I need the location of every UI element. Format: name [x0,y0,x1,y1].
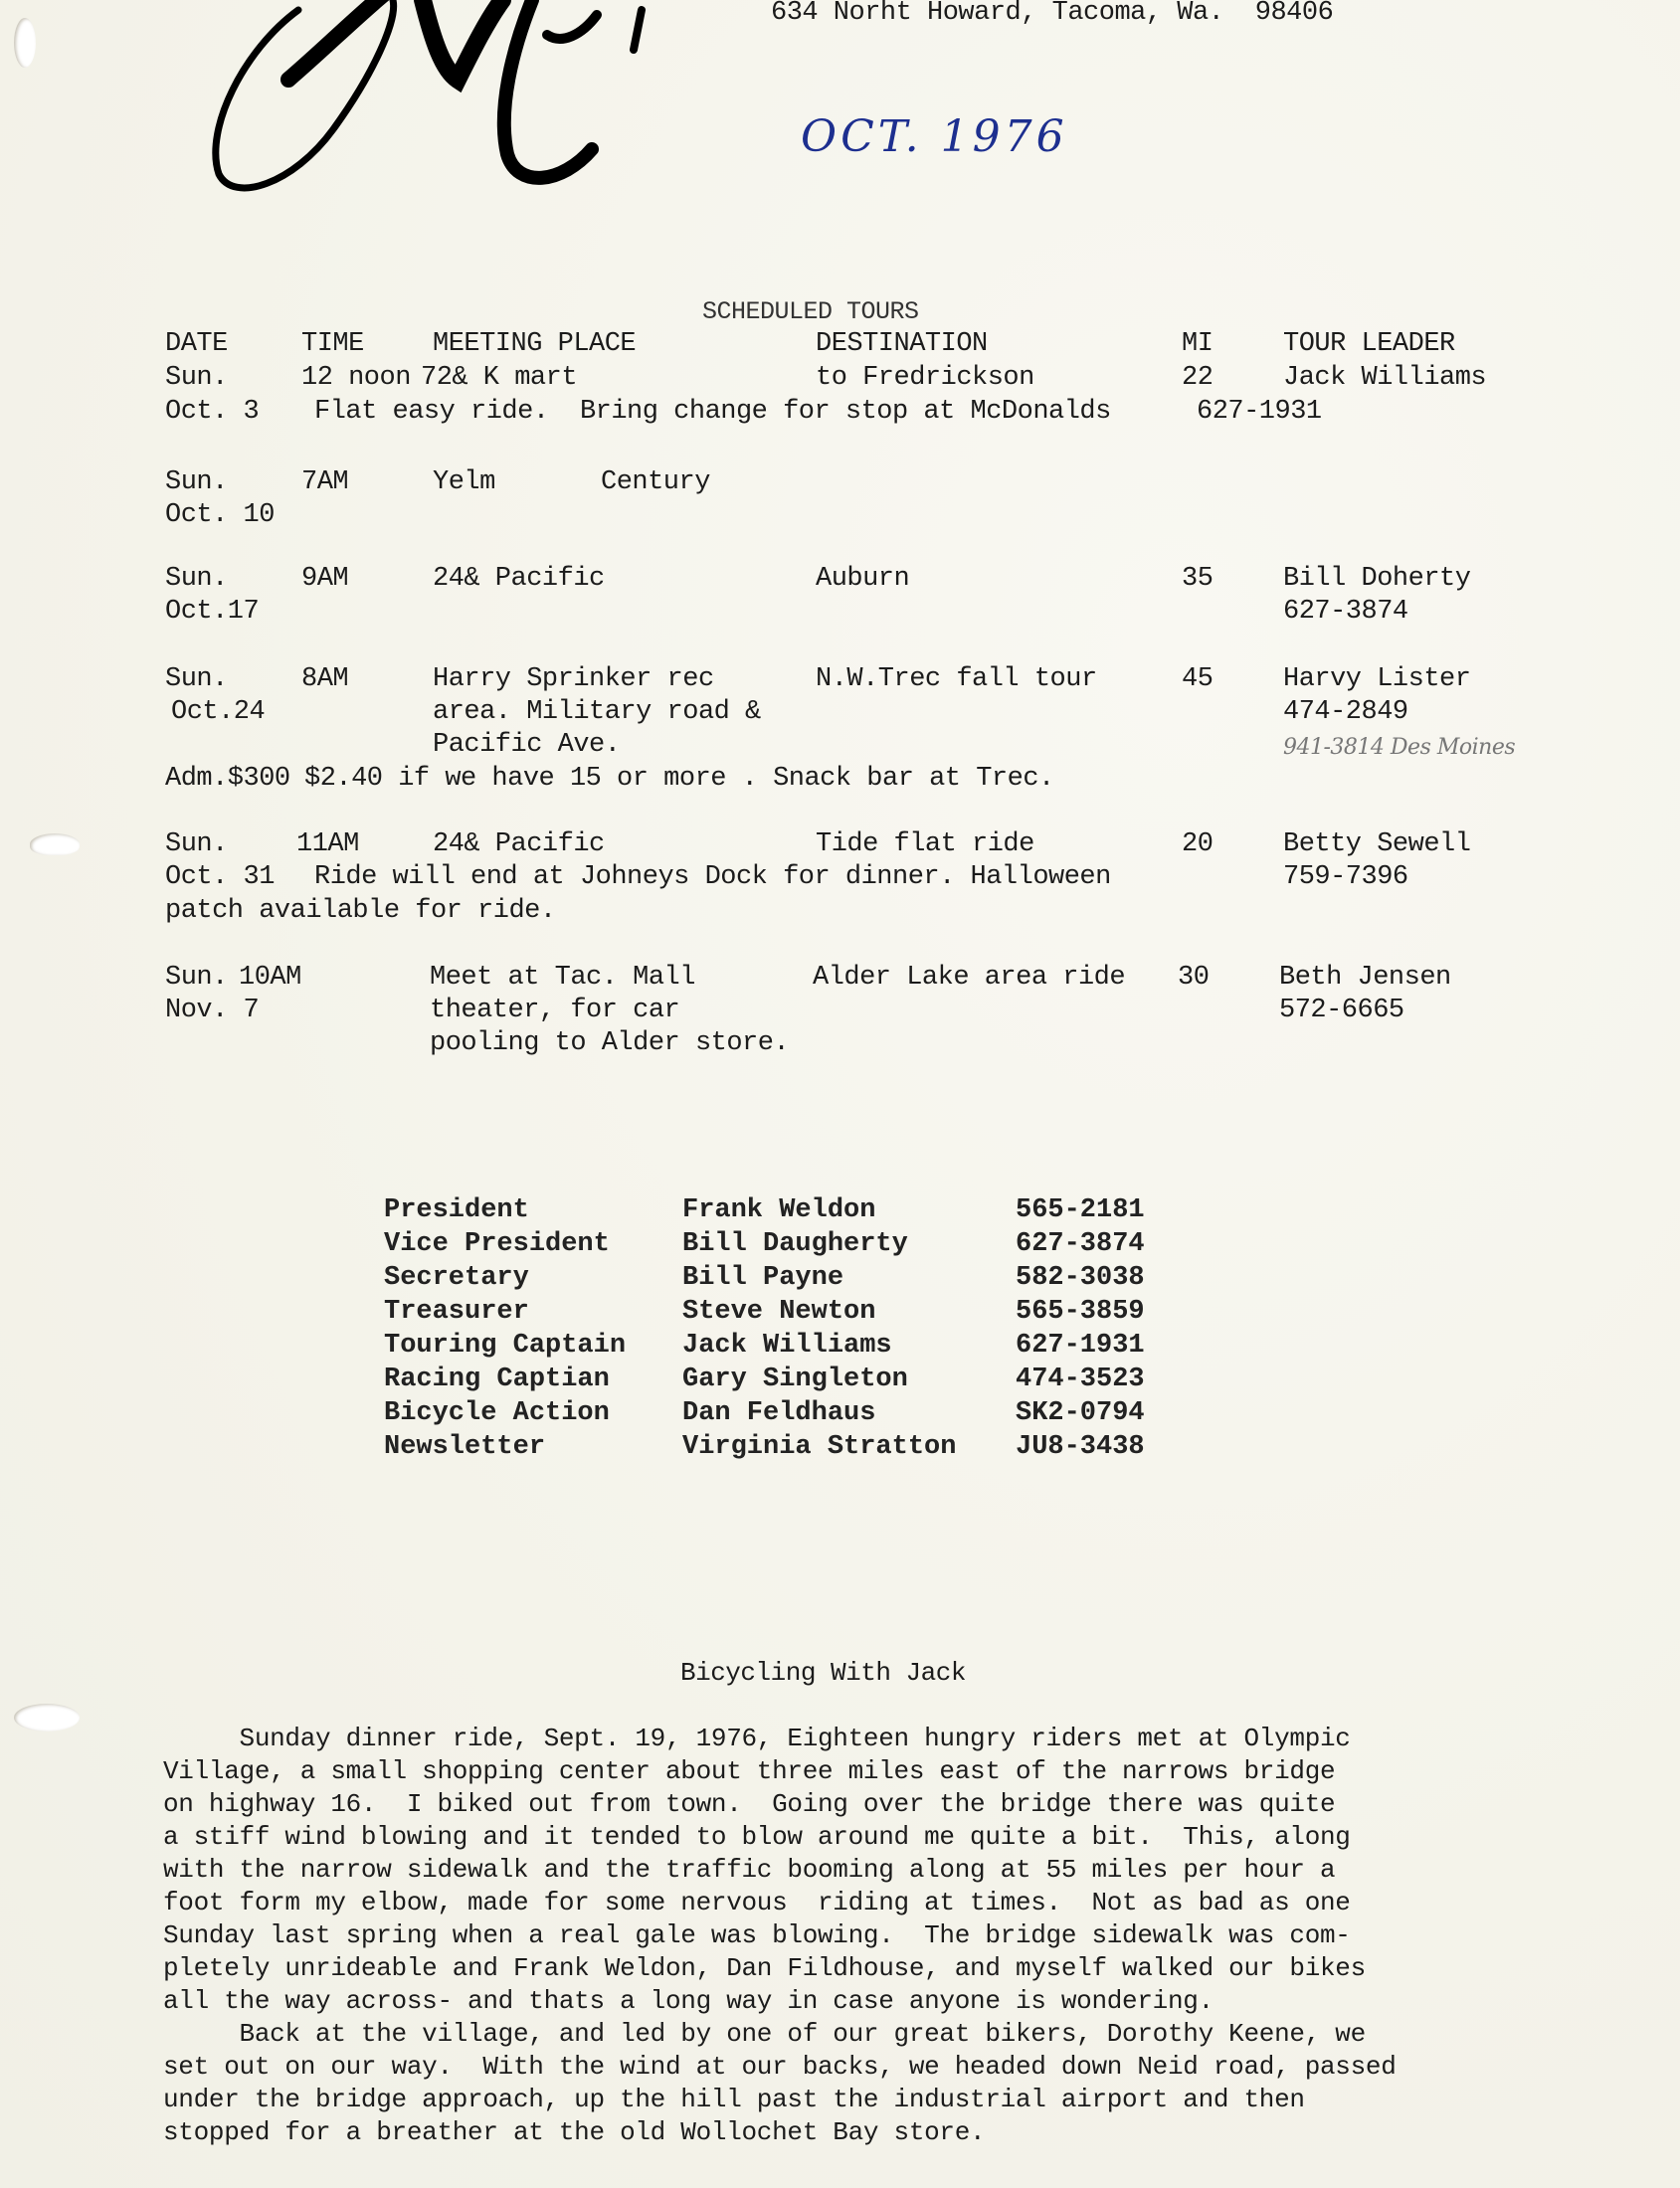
tour-day: Sun. [165,663,228,696]
tour-date: Oct.17 [165,596,259,629]
article-line: Sunday last spring when a real gale was … [163,1919,1351,1952]
article-line: Back at the village, and led by one of o… [163,2018,1366,2051]
officer-row: Secretary Bill Payne 582-3038 [0,1261,1680,1295]
article-line: stopped for a breather at the old Wolloc… [163,2116,985,2149]
officer-row: Newsletter Virginia Stratton JU8-3438 [0,1430,1680,1464]
tour-row: Sun. 12 noon 72& K mart to Fredrickson 2… [0,362,1680,395]
tour-row-detail: pooling to Alder store. [0,1027,1680,1060]
tour-destination: Tide flat ride [816,828,1034,861]
tour-note: $2.40 if we have 15 or more . Snack bar … [304,763,1054,796]
tour-miles: 30 [1178,962,1209,995]
punch-hole-top [14,18,36,68]
officer-phone: 565-2181 [1016,1193,1145,1227]
tour-meeting-place: 24& Pacific [433,828,605,861]
tour-meeting-place: Meet at Tac. Mall [430,962,695,995]
tour-time: 11AM [296,828,359,861]
article-line: with the narrow sidewalk and the traffic… [163,1854,1335,1887]
tour-leader: Harvy Lister [1283,663,1470,696]
officer-phone: 565-3859 [1016,1295,1145,1329]
tour-miles: 45 [1182,663,1213,696]
tour-row: Sun. 11AM 24& Pacific Tide flat ride 20 … [0,828,1680,861]
tour-meeting-place-line2: area. Military road & [433,696,761,729]
officer-title: Vice President [384,1227,610,1261]
club-address: 634 Norht Howard, Tacoma, Wa. 98406 [771,0,1333,30]
officer-row: Racing Captian Gary Singleton 474-3523 [0,1363,1680,1396]
officer-name: Frank Weldon [682,1193,875,1227]
tour-row-detail: Adm.$300 $2.40 if we have 15 or more . S… [0,763,1680,796]
tour-note: Ride will end at Johneys Dock for dinner… [314,861,1111,894]
officer-row: President Frank Weldon 565-2181 [0,1193,1680,1227]
tour-leader: Bill Doherty [1283,563,1470,596]
tour-leader: Betty Sewell [1283,828,1470,861]
column-header-date: DATE [165,328,228,361]
column-header-miles: MI [1182,328,1213,361]
tour-time: 10AM [239,962,301,995]
tour-row-detail: Oct. 10 [0,499,1680,532]
officer-name: Bill Daugherty [682,1227,908,1261]
tour-destination: N.W.Trec fall tour [816,663,1097,696]
tour-row-detail: Oct. 31 Ride will end at Johneys Dock fo… [0,861,1680,894]
tour-row: Sun. 10AM Meet at Tac. Mall Alder Lake a… [0,962,1680,995]
article-line: pletely unrideable and Frank Weldon, Dan… [163,1952,1366,1985]
tour-row-detail: patch available for ride. [0,895,1680,928]
officer-name: Gary Singleton [682,1363,908,1396]
tour-leader-phone: 474-2849 [1283,696,1408,729]
tour-meeting-place: 24& Pacific [433,563,605,596]
script-monogram-logo-icon [184,0,701,199]
tour-meeting-place-line3: pooling to Alder store. [430,1027,789,1060]
tours-title: SCHEDULED TOURS [702,295,919,328]
officer-name: Virginia Stratton [682,1430,956,1464]
tour-day: Sun. [165,828,228,861]
tour-leader-phone: 759-7396 [1283,861,1408,894]
tour-date: Oct. 31 [165,861,275,894]
tour-row-detail: Oct.17 627-3874 [0,596,1680,629]
tour-miles: 20 [1182,828,1213,861]
article-line: set out on our way. With the wind at our… [163,2051,1397,2084]
article-line: Sunday dinner ride, Sept. 19, 1976, Eigh… [163,1723,1351,1755]
tour-row: Sun. 8AM Harry Sprinker rec N.W.Trec fal… [0,663,1680,696]
tour-row-detail: Oct. 3 Flat easy ride. Bring change for … [0,396,1680,429]
tour-destination: Alder Lake area ride [813,962,1125,995]
officer-name: Jack Williams [682,1329,892,1363]
tour-leader-phone: 627-3874 [1283,596,1408,629]
article-title: Bicycling With Jack [680,1657,966,1690]
tour-row: Sun. 9AM 24& Pacific Auburn 35 Bill Dohe… [0,563,1680,596]
tour-time: 7AM [301,466,348,499]
tour-date: Nov. 7 [165,995,259,1027]
punch-hole-bottom [14,1704,80,1732]
officer-title: President [384,1193,529,1227]
tour-day: Sun. [165,362,228,395]
article-line: a stiff wind blowing and it tended to bl… [163,1821,1351,1854]
handwritten-date: OCT. 1976 [801,111,1068,162]
tour-destination: Auburn [816,563,909,596]
officer-phone: 582-3038 [1016,1261,1145,1295]
officer-phone: JU8-3438 [1016,1430,1145,1464]
officer-row: Touring Captain Jack Williams 627-1931 [0,1329,1680,1363]
officer-title: Newsletter [384,1430,545,1464]
officer-title: Touring Captain [384,1329,626,1363]
tour-meeting-place: Harry Sprinker rec [433,663,714,696]
tour-row-detail: Oct.24 area. Military road & 474-2849 [0,696,1680,729]
officer-row: Vice President Bill Daugherty 627-3874 [0,1227,1680,1261]
officer-phone: 627-1931 [1016,1329,1145,1363]
newsletter-page: { "header": { "logo_icon": "script-monog… [0,0,1680,2188]
tour-meeting-place-line3: Pacific Ave. [433,729,620,762]
tour-day: Sun. [165,563,228,596]
tour-destination: to Fredrickson [816,362,1034,395]
tour-date: Oct. 3 [165,396,259,429]
tour-row-detail: Pacific Ave. 941-3814 Des Moines [0,729,1680,762]
tour-miles: 22 [1182,362,1213,395]
tour-note: Flat easy ride. Bring change for stop at… [314,396,1111,429]
tour-miles: 35 [1182,563,1213,596]
column-header-destination: DESTINATION [816,328,988,361]
officer-title: Racing Captian [384,1363,610,1396]
handwritten-phone-note: 941-3814 Des Moines [1283,731,1515,764]
officer-name: Bill Payne [682,1261,843,1295]
column-header-meeting-place: MEETING PLACE [433,328,636,361]
tour-time: 12 noon [301,362,411,395]
column-header-tour-leader: TOUR LEADER [1283,328,1455,361]
tour-destination: Century [601,466,710,499]
article-line: on highway 16. I biked out from town. Go… [163,1788,1335,1821]
tour-day: Sun. [165,466,228,499]
article-line: all the way across- and thats a long way… [163,1985,1213,2018]
tours-header-row: DATE TIME MEETING PLACE DESTINATION MI T… [0,328,1680,361]
column-header-time: TIME [301,328,364,361]
article-line: under the bridge approach, up the hill p… [163,2084,1305,2116]
officer-row: Bicycle Action Dan Feldhaus SK2-0794 [0,1396,1680,1430]
officer-title: Bicycle Action [384,1396,610,1430]
article-line: foot form my elbow, made for some nervou… [163,1887,1351,1919]
officer-phone: 627-3874 [1016,1227,1145,1261]
tour-time: 9AM [301,563,348,596]
tour-leader-phone: 572-6665 [1279,995,1404,1027]
tour-day: Sun. [165,962,228,995]
article-line: Village, a small shopping center about t… [163,1755,1335,1788]
tour-row: Sun. 7AM Yelm Century [0,466,1680,499]
tour-leader: Jack Williams [1283,362,1486,395]
officer-phone: SK2-0794 [1016,1396,1145,1430]
tour-time: 8AM [301,663,348,696]
officer-name: Dan Feldhaus [682,1396,875,1430]
tour-note-line2: patch available for ride. [165,895,556,928]
officer-phone: 474-3523 [1016,1363,1145,1396]
officer-title: Secretary [384,1261,529,1295]
tour-meeting-place: 72& K mart [421,362,577,395]
officer-title: Treasurer [384,1295,529,1329]
officer-name: Steve Newton [682,1295,875,1329]
tour-row-detail: Nov. 7 theater, for car 572-6665 [0,995,1680,1027]
tour-date: Oct. 10 [165,499,275,532]
tour-leader-phone: 627-1931 [1197,396,1322,429]
tour-meeting-place: Yelm [433,466,495,499]
tour-meeting-place-line2: theater, for car [430,995,679,1027]
tour-admission: Adm.$300 [165,763,290,796]
officer-row: Treasurer Steve Newton 565-3859 [0,1295,1680,1329]
tour-date: Oct.24 [171,696,265,729]
tour-leader: Beth Jensen [1279,962,1451,995]
